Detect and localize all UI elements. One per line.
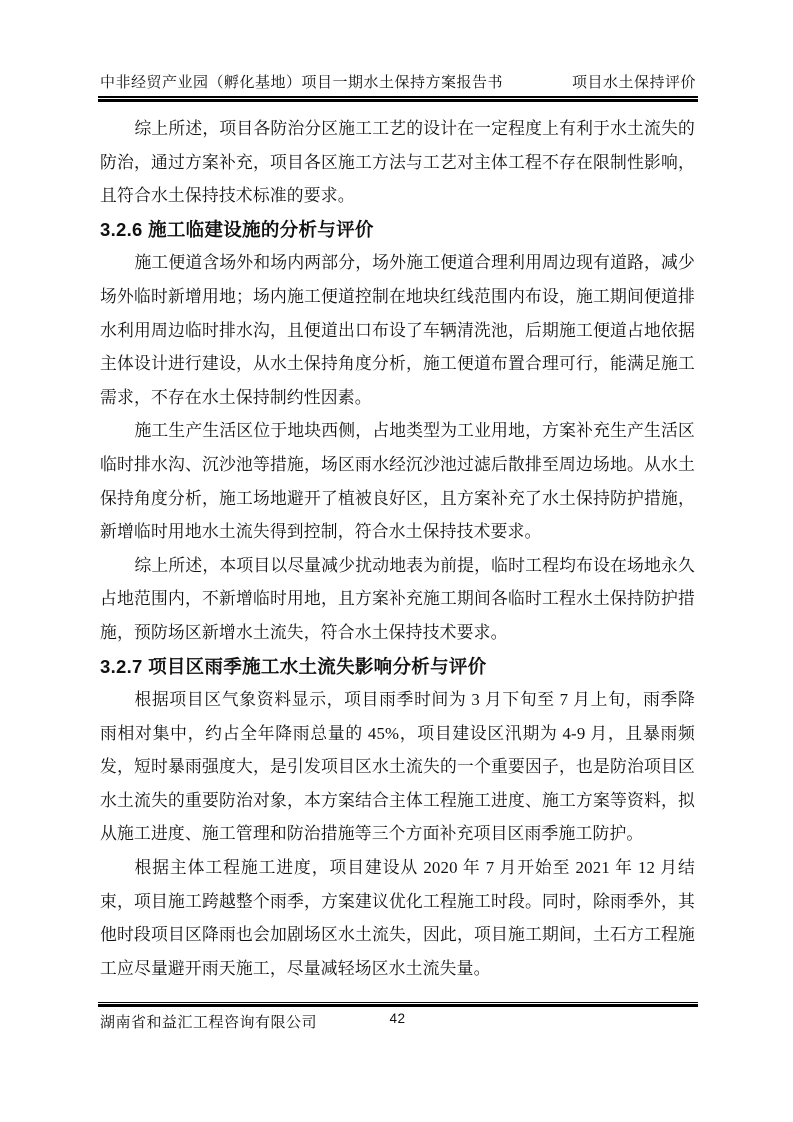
page-number: 42 bbox=[100, 1011, 695, 1026]
header-rule bbox=[98, 96, 698, 102]
page-footer: 湖南省和益汇工程咨询有限公司 42 bbox=[100, 1011, 695, 1032]
paragraph-construction-access-road: 施工便道含场外和场内两部分，场外施工便道合理利用周边现有道路，减少场外临时新增用… bbox=[100, 246, 695, 414]
paragraph-construction-living-area: 施工生产生活区位于地块西侧，占地类型为工业用地，方案补充生产生活区临时排水沟、沉… bbox=[100, 414, 695, 548]
document-body: 综上所述，项目各防治分区施工工艺的设计在一定程度上有利于水土流失的防治，通过方案… bbox=[100, 112, 695, 985]
report-page: 中非经贸产业园（孵化基地）项目一期水土保持方案报告书 项目水土保持评价 综上所述… bbox=[0, 0, 793, 1122]
section-heading-3-2-7: 3.2.7 项目区雨季施工水土流失影响分析与评价 bbox=[100, 650, 695, 684]
header-section-title: 项目水土保持评价 bbox=[572, 71, 696, 92]
section-heading-3-2-6: 3.2.6 施工临建设施的分析与评价 bbox=[100, 213, 695, 247]
page-header: 中非经贸产业园（孵化基地）项目一期水土保持方案报告书 项目水土保持评价 bbox=[100, 71, 696, 92]
paragraph-rainy-season-analysis: 根据项目区气象资料显示，项目雨季时间为 3 月下旬至 7 月上旬，雨季降雨相对集… bbox=[100, 683, 695, 851]
header-doc-title: 中非经贸产业园（孵化基地）项目一期水土保持方案报告书 bbox=[100, 71, 503, 92]
paragraph-construction-schedule: 根据主体工程施工进度，项目建设从 2020 年 7 月开始至 2021 年 12… bbox=[100, 851, 695, 985]
paragraph-construction-craft-conclusion: 综上所述，项目各防治分区施工工艺的设计在一定程度上有利于水土流失的防治，通过方案… bbox=[100, 112, 695, 213]
paragraph-temporary-works-conclusion: 综上所述，本项目以尽量减少扰动地表为前提，临时工程均布设在场地永久占地范围内，不… bbox=[100, 549, 695, 650]
footer-rule bbox=[98, 1002, 698, 1007]
